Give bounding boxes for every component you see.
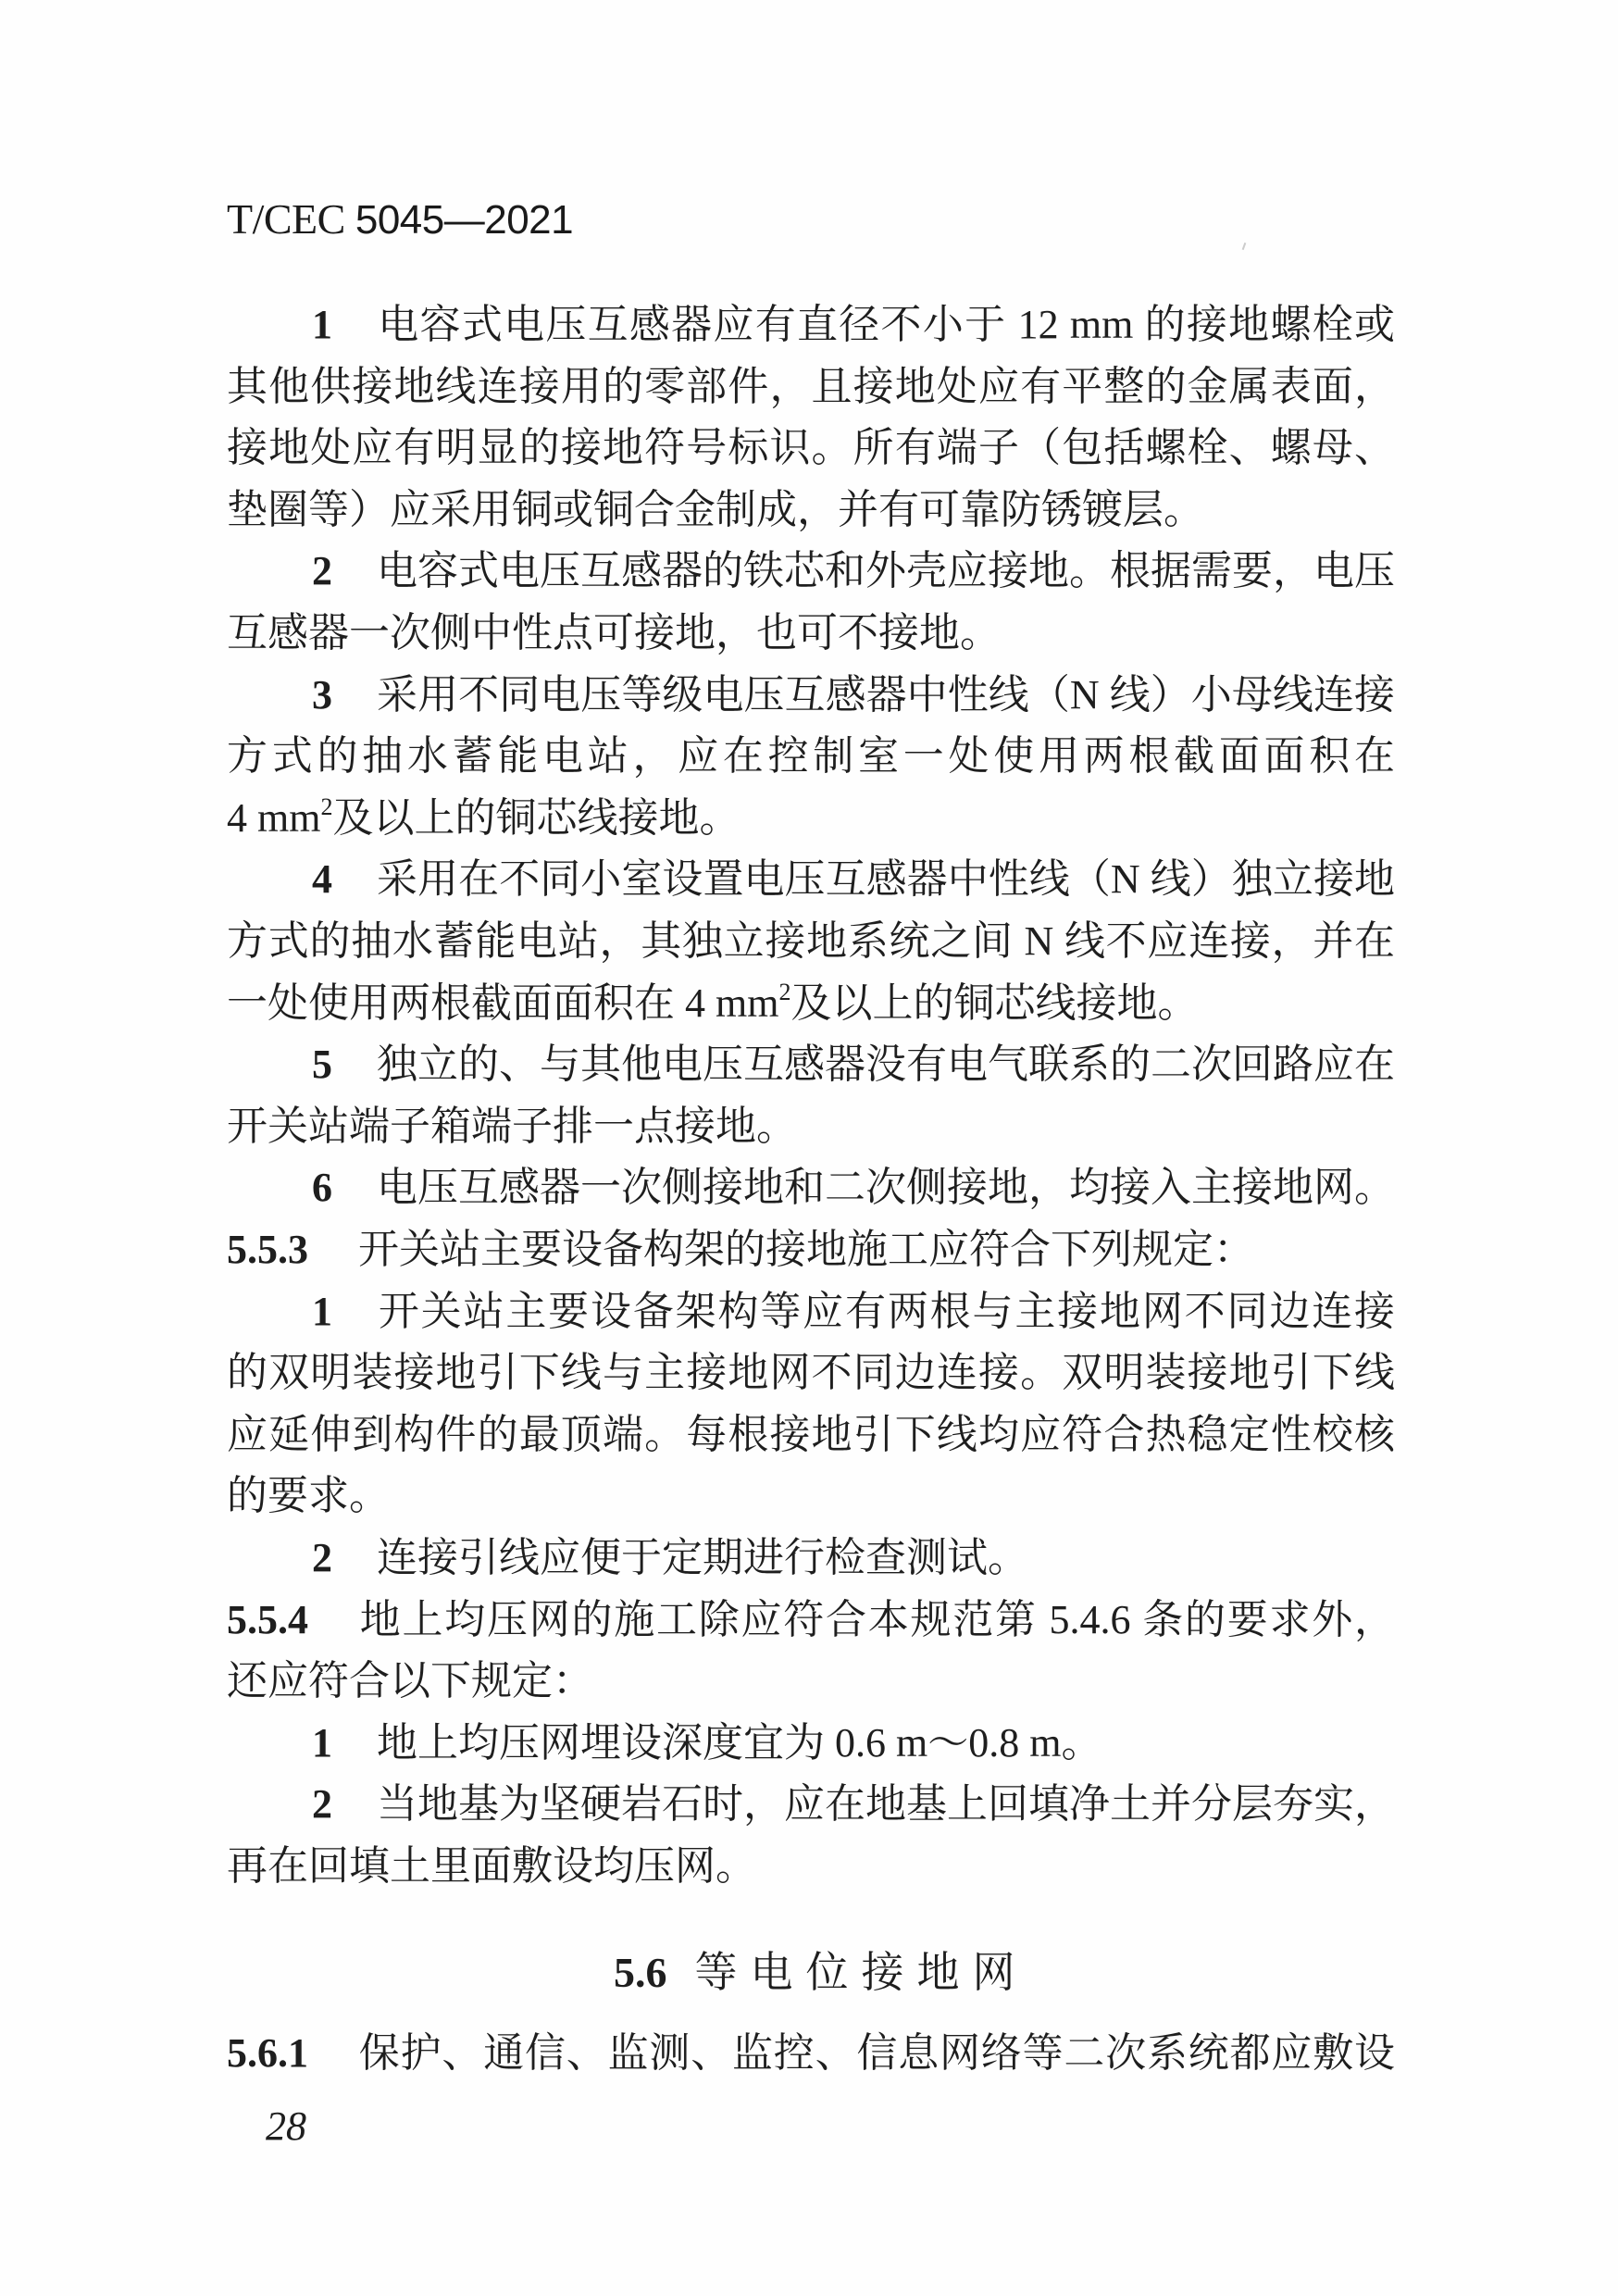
item-number: 3: [312, 664, 377, 726]
standard-prefix: T/CEC: [227, 195, 345, 243]
text-line: 5.5.3开关站主要设备构架的接地施工应符合下列规定：: [227, 1218, 1395, 1280]
line-text: 及以上的铜芯线接地。: [332, 795, 740, 841]
item-number: 1: [312, 293, 377, 356]
line-text: 连接引线应便于定期进行检查测试。: [377, 1535, 1028, 1580]
line-prefix: 一处使用两根截面面积在 4 mm: [227, 980, 778, 1026]
text-line: 1地上均压网埋设深度宜为 0.6 m～0.8 m。: [312, 1712, 1395, 1774]
text-line: 应延伸到构件的最顶端。每根接地引下线均应符合热稳定性校核: [227, 1404, 1395, 1466]
line-text: 再在回填土里面敷设均压网。: [227, 1843, 756, 1889]
text-line: 的双明装接地引下线与主接地网不同边连接。双明装接地引下线: [227, 1341, 1395, 1404]
line-prefix: 4 mm: [227, 795, 320, 841]
line-text: 互感器一次侧中性点可接地，也可不接地。: [227, 610, 1001, 655]
text-line: 2电容式电压互感器的铁芯和外壳应接地。根据需要，电压: [312, 540, 1395, 602]
section-heading: 5.6等电位接地网: [614, 1944, 1028, 2000]
text-line: 一处使用两根截面面积在 4 mm2及以上的铜芯线接地。: [227, 972, 1395, 1034]
line-text: 电压互感器一次侧接地和二次侧接地，均接入主接地网。: [377, 1165, 1395, 1210]
text-line: 垫圈等）应采用铜或铜合金制成，并有可靠防锈镀层。: [227, 479, 1395, 541]
line-text: 开关站主要设备构架的接地施工应符合下列规定：: [358, 1227, 1254, 1272]
clause-number: 5.6.1: [227, 2022, 358, 2084]
line-text: 方式的抽水蓄能电站，其独立接地系统之间 N 线不应连接，并在: [227, 918, 1395, 964]
text-line: 的要求。: [227, 1465, 1395, 1527]
line-text: 地上均压网的施工除应符合本规范第 5.4.6 条的要求外，: [358, 1597, 1395, 1642]
line-text: 电容式电压互感器的铁芯和外壳应接地。根据需要，电压: [377, 548, 1395, 593]
clause-number: 5.5.4: [227, 1589, 358, 1651]
document-page: T/CEC 5045—2021 1电容式电压互感器应有直径不小于 12 mm 的…: [0, 0, 1618, 2296]
item-number: 1: [312, 1280, 377, 1342]
text-line: 再在回填土里面敷设均压网。: [227, 1835, 1395, 1897]
item-number: 5: [312, 1033, 377, 1095]
text-line: 2当地基为坚硬岩石时，应在地基上回填净土并分层夯实，: [312, 1773, 1395, 1835]
text-line: 还应符合以下规定：: [227, 1650, 1395, 1712]
text-line: 互感器一次侧中性点可接地，也可不接地。: [227, 602, 1395, 664]
line-text: 采用不同电压等级电压互感器中性线（N 线）小母线连接: [377, 672, 1395, 717]
superscript: 2: [320, 793, 332, 820]
standard-number: 5045—2021: [355, 197, 573, 243]
line-text: 电容式电压互感器应有直径不小于 12 mm 的接地螺栓或: [377, 302, 1395, 347]
line-text: 采用在不同小室设置电压互感器中性线（N 线）独立接地: [377, 856, 1395, 902]
item-number: 1: [312, 1712, 377, 1774]
section-title: 等电位接地网: [695, 1947, 1028, 1997]
line-text: 当地基为坚硬岩石时，应在地基上回填净土并分层夯实，: [377, 1781, 1395, 1827]
text-line: 开关站端子箱端子排一点接地。: [227, 1095, 1395, 1157]
line-text: 开关站主要设备架构等应有两根与主接地网不同边连接: [377, 1289, 1395, 1334]
text-line: 1电容式电压互感器应有直径不小于 12 mm 的接地螺栓或: [312, 293, 1395, 356]
text-line: 其他供接地线连接用的零部件，且接地处应有平整的金属表面，: [227, 356, 1395, 418]
text-line: 4采用在不同小室设置电压互感器中性线（N 线）独立接地: [312, 848, 1395, 910]
superscript: 2: [778, 979, 790, 1005]
line-text: 及以上的铜芯线接地。: [790, 980, 1198, 1026]
text-line: 3采用不同电压等级电压互感器中性线（N 线）小母线连接: [312, 664, 1395, 726]
line-text: 接地处应有明显的接地符号标识。所有端子（包括螺栓、螺母、: [227, 425, 1395, 470]
line-text: 独立的、与其他电压互感器没有电气联系的二次回路应在: [377, 1042, 1395, 1087]
line-text: 还应符合以下规定：: [227, 1658, 593, 1703]
line-text: 垫圈等）应采用铜或铜合金制成，并有可靠防锈镀层。: [227, 487, 1204, 532]
text-line: 方式的抽水蓄能电站，应在控制室一处使用两根截面面积在: [227, 725, 1395, 787]
text-line: 接地处应有明显的接地符号标识。所有端子（包括螺栓、螺母、: [227, 417, 1395, 479]
standard-code-header: T/CEC 5045—2021: [227, 196, 573, 243]
line-text: 的要求。: [227, 1473, 390, 1518]
line-text: 的双明装接地引下线与主接地网不同边连接。双明装接地引下线: [227, 1350, 1395, 1395]
item-number: 2: [312, 540, 377, 602]
text-line: 2连接引线应便于定期进行检查测试。: [312, 1527, 1395, 1589]
text-line: 6电压互感器一次侧接地和二次侧接地，均接入主接地网。: [312, 1156, 1395, 1218]
text-line: 5独立的、与其他电压互感器没有电气联系的二次回路应在: [312, 1033, 1395, 1095]
scan-artifact: [1242, 243, 1247, 250]
text-line: 5.5.4地上均压网的施工除应符合本规范第 5.4.6 条的要求外，: [227, 1589, 1395, 1651]
line-text: 应延伸到构件的最顶端。每根接地引下线均应符合热稳定性校核: [227, 1412, 1395, 1457]
item-number: 4: [312, 848, 377, 910]
clause-text: 保护、通信、监测、监控、信息网络等二次系统都应敷设: [358, 2030, 1395, 2076]
line-text: 其他供接地线连接用的零部件，且接地处应有平整的金属表面，: [227, 364, 1395, 409]
item-number: 6: [312, 1156, 377, 1218]
text-line: 1开关站主要设备架构等应有两根与主接地网不同边连接: [312, 1280, 1395, 1342]
section-number: 5.6: [614, 1949, 667, 1996]
line-text: 地上均压网埋设深度宜为 0.6 m～0.8 m。: [377, 1720, 1101, 1766]
page-number: 28: [266, 2103, 306, 2150]
clause-5-6-1: 5.6.1保护、通信、监测、监控、信息网络等二次系统都应敷设: [227, 2022, 1395, 2084]
line-text: 开关站端子箱端子排一点接地。: [227, 1104, 797, 1149]
text-line: 4 mm2及以上的铜芯线接地。: [227, 787, 1395, 849]
item-number: 2: [312, 1527, 377, 1589]
item-number: 2: [312, 1773, 377, 1835]
text-line: 方式的抽水蓄能电站，其独立接地系统之间 N 线不应连接，并在: [227, 910, 1395, 972]
clause-number: 5.5.3: [227, 1218, 358, 1280]
line-text: 方式的抽水蓄能电站，应在控制室一处使用两根截面面积在: [227, 733, 1395, 779]
